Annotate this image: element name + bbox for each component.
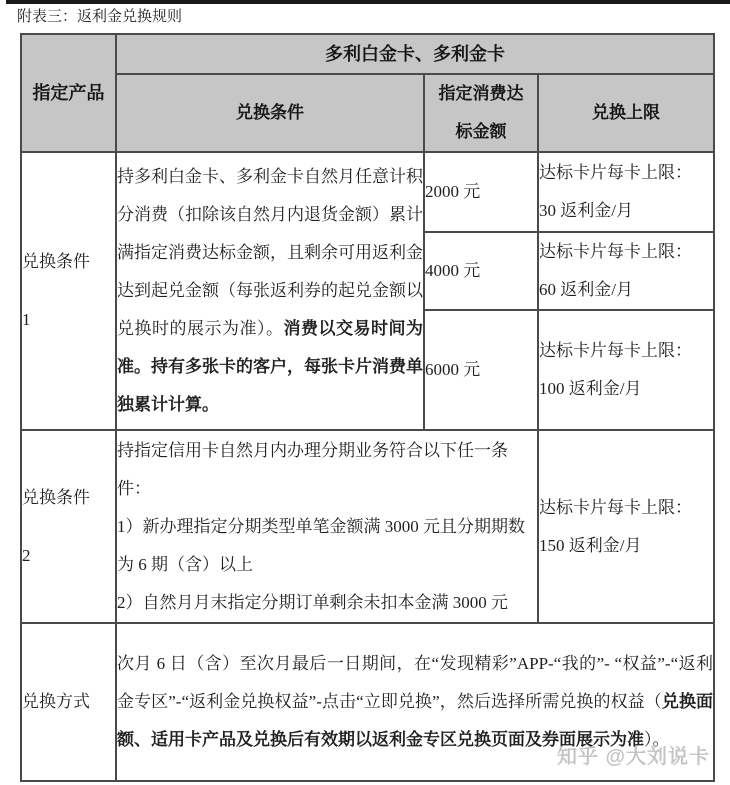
condition2-cap-line2: 150 返利金/月 [539,527,713,565]
row-label-condition1: 兑换条件 1 [21,152,116,430]
tier2-amount: 4000 元 [424,232,538,310]
col-header-redeem-cap: 兑换上限 [538,74,714,152]
tier1-cap-line2: 30 返利金/月 [539,192,713,230]
condition1-text-regular: 持多利白金卡、多利金卡自然月任意计积分消费（扣除该自然月内退货金额）累计满指定消… [117,167,423,338]
tier3-amount: 6000 元 [424,310,538,430]
row-label-method: 兑换方式 [21,623,116,781]
tier1-amount: 2000 元 [424,152,538,232]
condition2-cap: 达标卡片每卡上限： 150 返利金/月 [538,430,714,623]
tier1-cap-line1: 达标卡片每卡上限： [539,154,713,192]
col-header-spend-threshold: 指定消费达标金额 [424,74,538,152]
tier2-cap-line2: 60 返利金/月 [539,271,713,309]
col-header-spend-threshold-label: 指定消费达标金额 [436,75,526,151]
condition2-cap-line1: 达标卡片每卡上限： [539,489,713,527]
col-header-product: 指定产品 [21,34,116,152]
tier3-cap: 达标卡片每卡上限： 100 返利金/月 [538,310,714,430]
row-label-condition1-number: 1 [22,301,115,339]
condition2-item1: 1）新办理指定分期类型单笔金额满 3000 元且分期期数为 6 期（含）以上 [117,508,537,584]
rebate-rules-table: 指定产品 多利白金卡、多利金卡 兑换条件 指定消费达标金额 兑换上限 兑换条件 … [20,33,715,782]
condition2-intro: 持指定信用卡自然月内办理分期业务符合以下任一条件： [117,432,537,508]
row-label-condition2-number: 2 [22,537,115,575]
header-row-card-group: 指定产品 多利白金卡、多利金卡 [21,34,714,74]
method-text-regular: 次月 6 日（含）至次月最后一日期间，在“发现精彩”APP-“我的”- “权益”… [117,654,713,711]
page-title: 附表三：返利金兑换规则 [17,7,182,27]
table-row-condition2: 兑换条件 2 持指定信用卡自然月内办理分期业务符合以下任一条件： 1）新办理指定… [21,430,714,623]
col-header-condition: 兑换条件 [116,74,424,152]
table-row-condition1-tier1: 兑换条件 1 持多利白金卡、多利金卡自然月任意计积分消费（扣除该自然月内退货金额… [21,152,714,232]
row-label-condition2: 兑换条件 2 [21,430,116,623]
tier3-cap-line1: 达标卡片每卡上限： [539,332,713,370]
header-row-columns: 兑换条件 指定消费达标金额 兑换上限 [21,74,714,152]
tier1-cap: 达标卡片每卡上限： 30 返利金/月 [538,152,714,232]
row-label-condition1-text: 兑换条件 [22,243,115,281]
row-label-condition2-text: 兑换条件 [22,479,115,517]
tier2-cap-line1: 达标卡片每卡上限： [539,233,713,271]
condition2-item2: 2）自然月月末指定分期订单剩余未扣本金满 3000 元 [117,584,537,622]
tier3-cap-line2: 100 返利金/月 [539,370,713,408]
condition1-text-cell: 持多利白金卡、多利金卡自然月任意计积分消费（扣除该自然月内退货金额）累计满指定消… [116,152,424,430]
tier2-cap: 达标卡片每卡上限： 60 返利金/月 [538,232,714,310]
condition2-text-cell: 持指定信用卡自然月内办理分期业务符合以下任一条件： 1）新办理指定分期类型单笔金… [116,430,538,623]
watermark: 知乎 @大刘说卡 [557,740,710,769]
card-group-header: 多利白金卡、多利金卡 [116,34,714,74]
top-border-bar [6,0,730,4]
